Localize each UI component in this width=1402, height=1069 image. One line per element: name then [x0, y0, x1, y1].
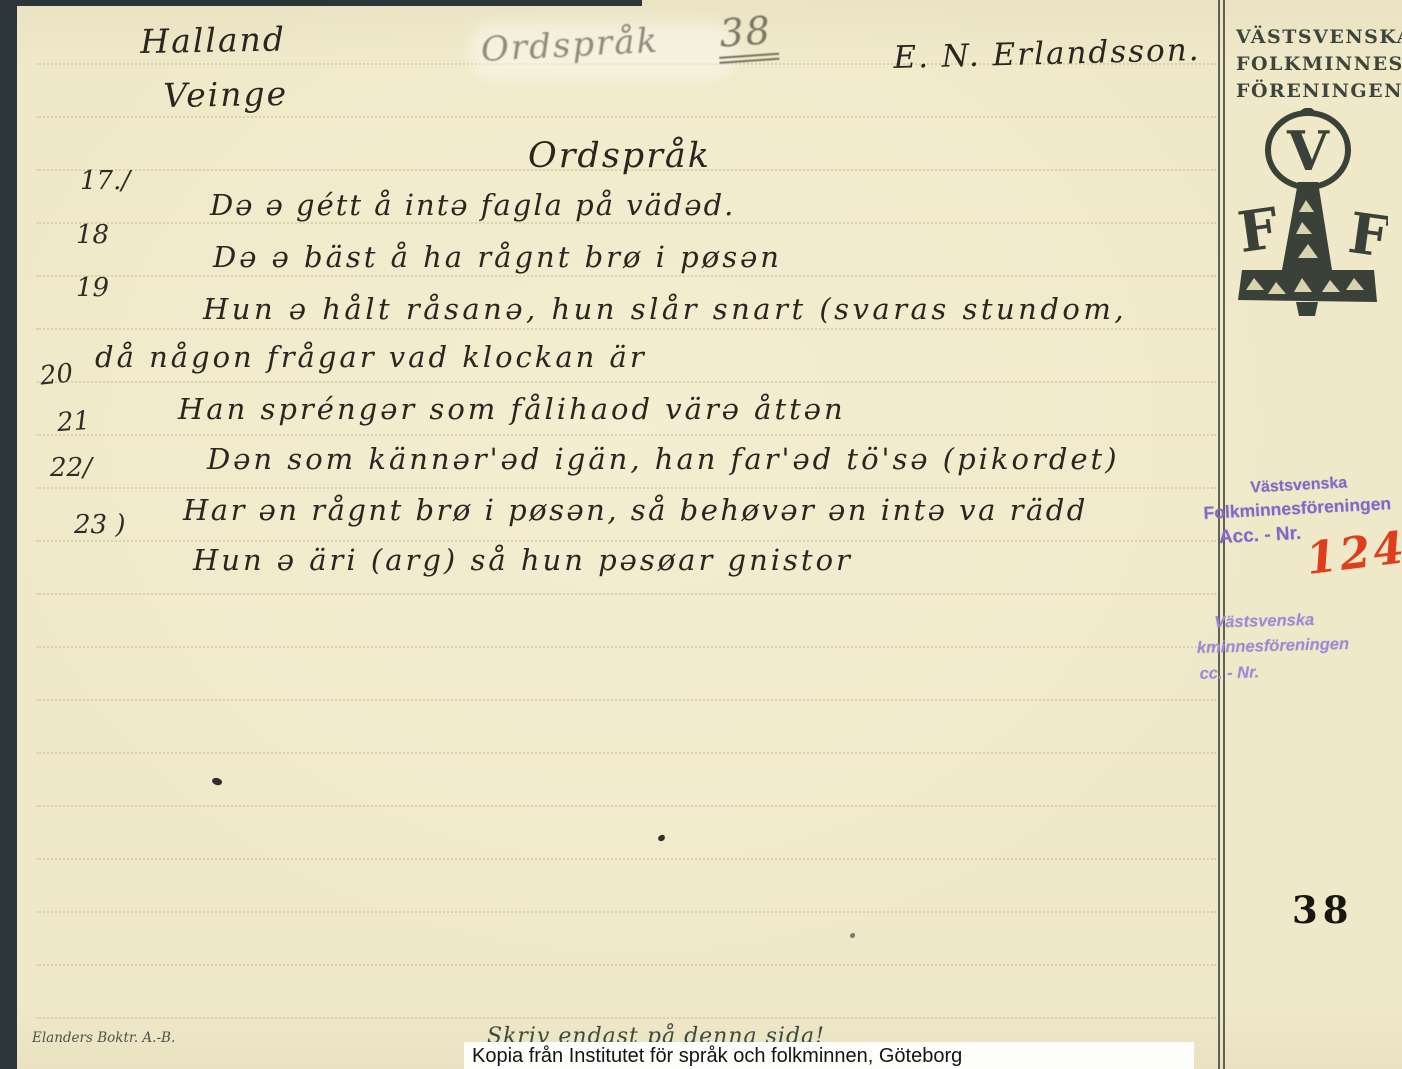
- margin-number-20: 20: [39, 358, 75, 391]
- margin-number-22: 22/: [50, 453, 92, 483]
- margin-number-23: 23 ): [74, 510, 126, 540]
- stamp2-line2: kminnesföreningen: [1197, 635, 1350, 658]
- region-label: Halland: [140, 19, 286, 61]
- ruled-line: [36, 859, 1216, 860]
- hammer-knob: [1296, 302, 1318, 316]
- proverb-line: då någon frågar vad klockan är: [95, 340, 647, 374]
- ruled-line: [36, 965, 1216, 966]
- ruled-line: [36, 435, 1216, 436]
- scan-edge-top: [0, 0, 642, 6]
- org-name-line2: FOLKMINNES=: [1236, 51, 1402, 78]
- proverb-line: Hun ə äri (arg) så hun pəsøar gnistor: [193, 543, 853, 577]
- ruled-line: [36, 329, 1216, 330]
- logo-letter-v: V: [1286, 119, 1330, 183]
- proverb-line: Har ən rågnt brø i pøsən, så behøvər ən …: [183, 493, 1088, 527]
- ruled-line: [36, 1018, 1216, 1019]
- sidebar: VÄSTSVENSKA FOLKMINNES= FÖRENINGEN: [1236, 24, 1402, 105]
- ruled-line: [36, 276, 1216, 277]
- second-stamp: Västsvenska kminnesföreningen cc. - Nr.: [1196, 610, 1350, 684]
- parish-label: Veinge: [163, 74, 288, 115]
- ruled-line: [36, 647, 1216, 648]
- margin-number-17: 17./: [80, 166, 130, 196]
- proverb-line: Də ə gétt å intə fagla på vädəd.: [210, 188, 735, 222]
- scan-edge-left: [0, 0, 17, 1069]
- ruled-line: [36, 912, 1216, 913]
- ruled-line: [36, 223, 1216, 224]
- pencil-number: 38: [716, 8, 780, 64]
- stamp2-line1: Västsvenska: [1214, 610, 1349, 633]
- logo-letter-f-right: F: [1345, 200, 1388, 271]
- ruled-line: [36, 700, 1216, 701]
- ruled-line: [36, 806, 1216, 807]
- margin-number-19: 19: [76, 273, 109, 303]
- proverb-line: Dən som kännər'əd igän, han far'əd tö'sə…: [207, 442, 1120, 476]
- ruled-line: [36, 541, 1216, 542]
- org-name-line3: FÖRENINGEN: [1236, 78, 1402, 105]
- ruled-line: [36, 753, 1216, 754]
- logo-letter-f-left: F: [1236, 195, 1283, 266]
- margin-number-21: 21: [56, 406, 91, 438]
- proverb-line: Də ə bäst å ha rågnt brø i pøsən: [213, 240, 782, 274]
- ruled-line: [36, 488, 1216, 489]
- printer-credit: Elanders Boktr. A.-B.: [32, 1030, 175, 1046]
- page-title: Ordspråk: [528, 136, 711, 176]
- margin-number-18: 18: [76, 220, 109, 250]
- stamp2-cc-nr-label: cc. - Nr.: [1199, 661, 1350, 684]
- ruled-line: [36, 117, 1216, 118]
- vff-logo thors-hammer-icon: V F F: [1236, 108, 1388, 326]
- ruled-line: [36, 594, 1216, 595]
- copy-caption: Kopia från Institutet för språk och folk…: [472, 1045, 962, 1068]
- proverb-line: Han spréngər som fålihaod värə åttən: [178, 392, 846, 426]
- ruled-line: [36, 382, 1216, 383]
- proverb-line: Hun ə hålt råsanə, hun slår snart (svara…: [203, 292, 1127, 326]
- org-name-line1: VÄSTSVENSKA: [1236, 24, 1402, 51]
- page-number: 38: [1292, 888, 1354, 932]
